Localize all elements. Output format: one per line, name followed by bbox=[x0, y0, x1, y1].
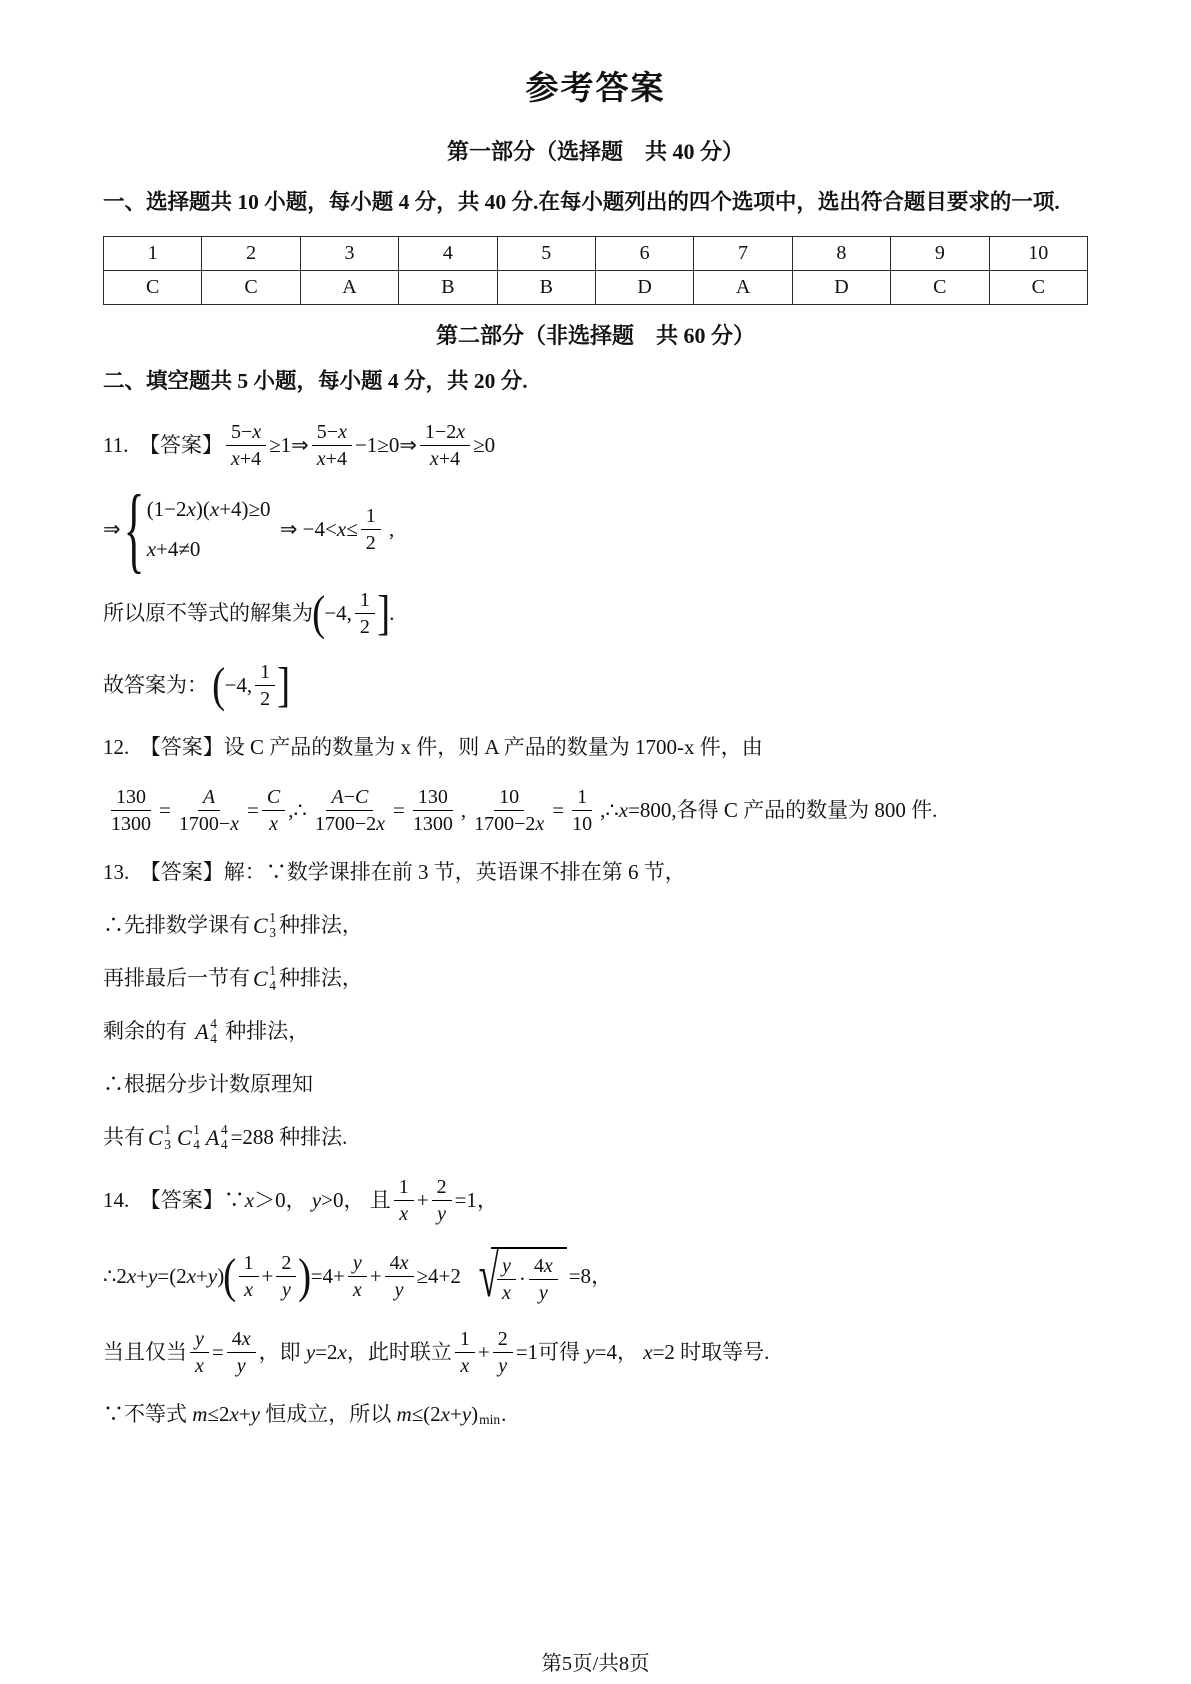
page-footer: 第5页/共8页 bbox=[0, 1646, 1191, 1676]
script-symbol: A44 bbox=[206, 1122, 228, 1154]
numerator: 130 bbox=[413, 785, 453, 811]
text-run: 故答案为： bbox=[103, 670, 213, 700]
math-run: −1≥0⇒ bbox=[355, 430, 417, 460]
math-run: + bbox=[417, 1185, 429, 1215]
numerator: 1 bbox=[355, 588, 375, 614]
math-run: + bbox=[262, 1261, 274, 1291]
script-stack: 44 bbox=[210, 1017, 217, 1045]
radicand: yx·4xy bbox=[491, 1247, 567, 1306]
math-line: 14. 【答案】∵x＞0， y>0， 且1x+2y=1， bbox=[103, 1175, 1088, 1226]
math-run: + bbox=[262, 1261, 274, 1291]
math-run: · bbox=[519, 1264, 526, 1294]
numerator: 4x bbox=[529, 1254, 558, 1280]
text-run: ， bbox=[286, 1185, 312, 1215]
math-run: x bbox=[127, 1261, 136, 1291]
math-run: 2 bbox=[260, 688, 270, 710]
math-run: = bbox=[247, 795, 259, 825]
math-run: 2 bbox=[281, 1252, 291, 1274]
math-run: 2 bbox=[366, 532, 376, 554]
math-run: x bbox=[317, 448, 326, 470]
numerator: 1 bbox=[361, 504, 381, 530]
math-run: 1 bbox=[360, 589, 370, 611]
text-run: ∴根据分步计数原理知 bbox=[103, 1069, 313, 1099]
fraction: 4xy bbox=[529, 1254, 558, 1305]
math-run: = bbox=[247, 795, 259, 825]
fraction: Cx bbox=[262, 785, 285, 836]
numerator: 1 bbox=[455, 1327, 475, 1353]
denominator: 1700−x bbox=[174, 811, 244, 836]
script-stack: 14 bbox=[193, 1123, 200, 1151]
math-run: x bbox=[245, 1185, 254, 1215]
fraction: yx bbox=[348, 1251, 367, 1302]
numerator: 1 bbox=[255, 660, 275, 686]
fraction: 4xy bbox=[385, 1251, 414, 1302]
math-run: ∴2 bbox=[103, 1261, 127, 1291]
answer-cell: D bbox=[595, 271, 693, 305]
answer-cell: 5 bbox=[497, 237, 595, 271]
math-run: + bbox=[136, 1261, 148, 1291]
math-run: 2 bbox=[498, 1328, 508, 1350]
math-run: x bbox=[187, 494, 196, 524]
math-run: =4+ bbox=[311, 1261, 345, 1291]
text-run: ，即 bbox=[259, 1337, 306, 1367]
numerator: 130 bbox=[111, 785, 151, 811]
math-run: x bbox=[502, 1282, 511, 1304]
denominator: 2 bbox=[355, 614, 375, 639]
answer-cell: D bbox=[792, 271, 890, 305]
math-run: ≤(2 bbox=[412, 1399, 441, 1429]
numerator: y bbox=[497, 1254, 516, 1280]
math-run: 1300 bbox=[413, 813, 453, 835]
numerator: 4x bbox=[227, 1327, 256, 1353]
math-line: ∴根据分步计数原理知 bbox=[103, 1069, 1088, 1101]
subscript: 4 bbox=[221, 1138, 228, 1152]
text-run: ， bbox=[591, 1261, 612, 1291]
script-base: A bbox=[195, 1016, 208, 1048]
math-run: y bbox=[148, 1261, 157, 1291]
math-run: 1 bbox=[244, 1252, 254, 1274]
math-run: ⇒ bbox=[103, 514, 121, 544]
big-bracket: ) bbox=[299, 1254, 312, 1297]
math-run: =1 bbox=[516, 1337, 538, 1367]
math-line: ∴先排数学课有C13种排法， bbox=[103, 910, 1088, 942]
fraction: yx bbox=[497, 1254, 516, 1305]
math-run: −1≥0⇒ bbox=[355, 430, 417, 460]
denominator: y bbox=[432, 1201, 451, 1226]
numerator: 2 bbox=[493, 1327, 513, 1353]
denominator: 1300 bbox=[106, 811, 156, 836]
answer-cell: 8 bbox=[792, 237, 890, 271]
math-run: ,∴x=800, bbox=[600, 795, 677, 825]
answer-cell: 1 bbox=[104, 237, 202, 271]
denominator: 10 bbox=[567, 811, 597, 836]
math-run: ≥0 bbox=[473, 430, 495, 460]
math-run: x bbox=[460, 1355, 469, 1377]
text-run: 11. 【答案】 bbox=[103, 430, 223, 460]
math-run: = bbox=[393, 795, 405, 825]
text-run: 种排法. bbox=[274, 1122, 348, 1152]
math-run: 4 bbox=[534, 1255, 544, 1277]
fraction: 2y bbox=[276, 1251, 296, 1302]
denominator: y bbox=[534, 1280, 553, 1305]
math-run: y bbox=[282, 1279, 291, 1301]
math-line: 共有C13C14A44=288 种排法. bbox=[103, 1122, 1088, 1154]
math-run: =4 bbox=[595, 1337, 617, 1367]
script-symbol: C13 bbox=[253, 910, 276, 942]
math-run: = bbox=[552, 795, 564, 825]
math-run: y bbox=[585, 1337, 594, 1367]
math-run: y bbox=[195, 1328, 204, 1350]
math-run: −4, bbox=[324, 598, 352, 628]
cases-rows: (1−2x)(x+4)≥0x+4≠0 bbox=[147, 494, 271, 564]
case-row: x+4≠0 bbox=[147, 534, 271, 564]
math-run: x bbox=[244, 1279, 253, 1301]
denominator: y bbox=[493, 1353, 512, 1378]
math-run: =288 bbox=[231, 1122, 274, 1152]
math-run: ⇒ −4< bbox=[275, 514, 337, 544]
math-run: . bbox=[501, 1399, 506, 1429]
math-run: 5− bbox=[317, 421, 338, 443]
math-run: x bbox=[337, 514, 346, 544]
math-run: m bbox=[192, 1399, 207, 1429]
math-run: 1−2 bbox=[425, 421, 456, 443]
answer-row: CCABBDADCC bbox=[104, 271, 1088, 305]
answer-cell: 7 bbox=[694, 237, 792, 271]
denominator: 1700−2x bbox=[469, 811, 549, 836]
numerator: A bbox=[198, 785, 220, 811]
math-run: x bbox=[147, 534, 156, 564]
math-run: x bbox=[231, 448, 240, 470]
math-run: ≥1⇒ bbox=[269, 430, 309, 460]
subscript: 4 bbox=[269, 979, 276, 993]
math-run: + bbox=[478, 1337, 490, 1367]
math-line: ∴2x+y=(2x+y)(1x+2y)=4+yx+4xy≥4+2√yx·4xy=… bbox=[103, 1247, 1088, 1306]
math-run: 10 bbox=[499, 786, 519, 808]
math-line: 13. 【答案】解：∵数学课排在前 3 节，英语课不排在第 6 节， bbox=[103, 857, 1088, 889]
math-run: =8 bbox=[569, 1261, 591, 1291]
math-run: ⇒ bbox=[103, 514, 121, 544]
text-run: 种排法， bbox=[220, 1016, 309, 1046]
math-run: +4)≥0 bbox=[219, 494, 270, 524]
math-run: x bbox=[338, 1337, 347, 1367]
subscript: 4 bbox=[210, 1032, 217, 1046]
superscript: 4 bbox=[221, 1123, 228, 1137]
math-run: 2 bbox=[437, 1176, 447, 1198]
answer-cell: 4 bbox=[399, 237, 497, 271]
text-run: ， bbox=[617, 1337, 643, 1367]
math-line: 12. 【答案】设 C 产品的数量为 x 件，则 A 产品的数量为 1700-x… bbox=[103, 732, 1088, 764]
math-run: C bbox=[355, 786, 368, 808]
answer-cell: 3 bbox=[300, 237, 398, 271]
document-page: 参考答案 第一部分（选择题 共 40 分） 一、选择题共 10 小题，每小题 4… bbox=[0, 0, 1191, 1684]
math-run: + bbox=[370, 1261, 382, 1291]
text-run: 所以原不等式的解集为 bbox=[103, 598, 313, 628]
math-run: ≤2 bbox=[207, 1399, 229, 1429]
math-run: ) bbox=[471, 1399, 478, 1429]
math-run: 1300 bbox=[111, 813, 151, 835]
numerator: y bbox=[190, 1327, 209, 1353]
subscript: 4 bbox=[193, 1138, 200, 1152]
math-line: ∵不等式 m≤2x+y 恒成立，所以 m≤(2x+y)min. bbox=[103, 1399, 1088, 1431]
numerator: 10 bbox=[494, 785, 524, 811]
math-run: , bbox=[384, 514, 395, 544]
math-run: = bbox=[159, 795, 171, 825]
script-symbol: A44 bbox=[195, 1016, 217, 1048]
math-run: x bbox=[338, 421, 347, 443]
math-run: ⇒ −4<x≤ bbox=[275, 514, 358, 544]
big-bracket: ] bbox=[377, 591, 390, 634]
math-run: , bbox=[461, 795, 466, 825]
script-symbol: C13 bbox=[148, 1122, 171, 1154]
numerator: 1 bbox=[572, 785, 592, 811]
math-run: 5− bbox=[231, 421, 252, 443]
fraction: 12 bbox=[355, 588, 375, 639]
math-run: −4, bbox=[225, 670, 253, 700]
math-line: 11. 【答案】5−xx+4≥1⇒5−xx+4−1≥0⇒1−2xx+4≥0 bbox=[103, 420, 1088, 471]
text-run: ∵不等式 bbox=[103, 1399, 192, 1429]
math-run: x bbox=[210, 494, 219, 524]
page-title: 参考答案 bbox=[103, 62, 1088, 109]
math-run: =800, bbox=[628, 795, 677, 825]
math-run: x bbox=[430, 448, 439, 470]
script-base: A bbox=[206, 1122, 219, 1154]
denominator: x bbox=[190, 1353, 209, 1378]
math-run: 130 bbox=[116, 786, 146, 808]
text-run: 14. 【答案】∵ bbox=[103, 1185, 245, 1215]
math-run: = bbox=[393, 795, 405, 825]
number-row: 12345678910 bbox=[104, 237, 1088, 271]
text-run: 共有 bbox=[103, 1122, 145, 1152]
math-run: , bbox=[384, 514, 395, 544]
math-run: 10 bbox=[572, 813, 592, 835]
math-run: ≥4+2 bbox=[417, 1261, 461, 1291]
math-run: y bbox=[502, 1255, 511, 1277]
answer-table-body: 12345678910CCABBDADCC bbox=[104, 237, 1088, 305]
radical-icon: √ bbox=[479, 1247, 499, 1306]
math-run: =2 bbox=[653, 1337, 675, 1367]
math-run: x bbox=[456, 421, 465, 443]
math-line: 1301300=A1700−x=Cx,∴A−C1700−2x=1301300,1… bbox=[103, 785, 1088, 836]
math-run: y bbox=[539, 1282, 548, 1304]
problem-11: 11. 【答案】5−xx+4≥1⇒5−xx+4−1≥0⇒1−2xx+4≥0⇒{(… bbox=[103, 420, 1088, 711]
superscript: 4 bbox=[210, 1017, 217, 1031]
fraction: 1−2xx+4 bbox=[420, 420, 470, 471]
fraction: 1301300 bbox=[408, 785, 458, 836]
part2-heading: 第二部分（非选择题 共 60 分） bbox=[103, 319, 1088, 350]
script-stack: 13 bbox=[269, 911, 276, 939]
denominator: x bbox=[455, 1353, 474, 1378]
fraction: 5−xx+4 bbox=[312, 420, 352, 471]
math-run: y bbox=[437, 1203, 446, 1225]
math-run: m≤(2x+y) bbox=[396, 1399, 478, 1429]
script-stack: 44 bbox=[221, 1123, 228, 1151]
math-run: =(2 bbox=[157, 1261, 186, 1291]
text-run: 可得 bbox=[538, 1337, 585, 1367]
numerator: 1 bbox=[239, 1251, 259, 1277]
answer-cell: C bbox=[104, 271, 202, 305]
math-run: +4 bbox=[439, 448, 460, 470]
fraction: A−C1700−2x bbox=[310, 785, 390, 836]
math-run: 130 bbox=[418, 786, 448, 808]
fraction: 101700−2x bbox=[469, 785, 549, 836]
fraction: yx bbox=[190, 1327, 209, 1378]
math-run: =8 bbox=[569, 1261, 591, 1291]
answer-cell: A bbox=[694, 271, 792, 305]
left-brace-icon: { bbox=[123, 492, 144, 567]
math-run: y=4 bbox=[585, 1337, 617, 1367]
math-run: 1 bbox=[577, 786, 587, 808]
text-run: ， 且 bbox=[344, 1185, 391, 1215]
text-run: 各得 C 产品的数量为 800 件. bbox=[677, 795, 938, 825]
answer-cell: 9 bbox=[891, 237, 989, 271]
math-run: x bbox=[535, 813, 544, 835]
math-run: y=2x bbox=[306, 1337, 347, 1367]
math-run: ∴2x+y=(2x+y) bbox=[103, 1261, 224, 1291]
denominator: 1300 bbox=[408, 811, 458, 836]
answer-table: 12345678910CCABBDADCC bbox=[103, 236, 1088, 305]
numerator: 5−x bbox=[312, 420, 352, 446]
numerator: y bbox=[348, 1251, 367, 1277]
math-run: 1700−2 bbox=[315, 813, 376, 835]
math-run: 1700−2 bbox=[474, 813, 535, 835]
math-run: y bbox=[208, 1261, 217, 1291]
case-row: (1−2x)(x+4)≥0 bbox=[147, 494, 271, 524]
math-run: ≥4+2 bbox=[417, 1261, 461, 1291]
script-base: C bbox=[148, 1122, 163, 1154]
math-run: x bbox=[187, 1261, 196, 1291]
fraction: 1x bbox=[239, 1251, 259, 1302]
part1-heading: 第一部分（选择题 共 40 分） bbox=[103, 135, 1088, 166]
script-stack: 14 bbox=[269, 964, 276, 992]
fraction: 2y bbox=[493, 1327, 513, 1378]
math-run: · bbox=[519, 1264, 526, 1294]
answer-cell: A bbox=[300, 271, 398, 305]
math-run: ,∴ bbox=[600, 795, 619, 825]
script-symbol: C14 bbox=[253, 963, 276, 995]
math-run: =4+ bbox=[311, 1261, 345, 1291]
math-run: . bbox=[501, 1399, 506, 1429]
text-run: 再排最后一节有 bbox=[103, 963, 250, 993]
big-bracket: ( bbox=[312, 591, 325, 634]
math-run: +4 bbox=[240, 448, 261, 470]
math-run: y bbox=[395, 1279, 404, 1301]
math-line: 所以原不等式的解集为(−4,12]. bbox=[103, 588, 1088, 639]
fraction: 4xy bbox=[227, 1327, 256, 1378]
math-run: x bbox=[252, 421, 261, 443]
big-bracket: ( bbox=[223, 1254, 236, 1297]
denominator: 2 bbox=[361, 530, 381, 555]
math-run: 2 bbox=[360, 616, 370, 638]
denominator: x bbox=[348, 1277, 367, 1302]
denominator: y bbox=[232, 1353, 251, 1378]
math-run: −4, bbox=[324, 598, 352, 628]
answer-cell: C bbox=[891, 271, 989, 305]
math-run: = bbox=[159, 795, 171, 825]
math-run: x bbox=[376, 813, 385, 835]
denominator: x bbox=[239, 1277, 258, 1302]
math-run: − bbox=[344, 786, 355, 808]
math-run: x bbox=[399, 1203, 408, 1225]
fraction: A1700−x bbox=[174, 785, 244, 836]
math-run: +4≠0 bbox=[156, 534, 200, 564]
math-run: )( bbox=[196, 494, 210, 524]
math-run: y bbox=[462, 1399, 471, 1429]
denominator: x+4 bbox=[425, 446, 465, 471]
math-run: y bbox=[306, 1337, 315, 1367]
denominator: y bbox=[277, 1277, 296, 1302]
problems-section: 11. 【答案】5−xx+4≥1⇒5−xx+4−1≥0⇒1−2xx+4≥0⇒{(… bbox=[103, 420, 1088, 1431]
math-run: y bbox=[498, 1355, 507, 1377]
math-run: 1 bbox=[366, 505, 376, 527]
math-run: 4 bbox=[390, 1252, 400, 1274]
answer-cell: B bbox=[399, 271, 497, 305]
text-run: ∴先排数学课有 bbox=[103, 910, 250, 940]
math-run: (1−2 bbox=[147, 494, 187, 524]
math-run: >0 bbox=[321, 1185, 343, 1215]
superscript: 1 bbox=[164, 1123, 171, 1137]
math-run: + bbox=[370, 1261, 382, 1291]
script-base: C bbox=[253, 963, 268, 995]
script-stack: 13 bbox=[164, 1123, 171, 1151]
math-run: ≥1⇒ bbox=[269, 430, 309, 460]
text-run: 13. 【答案】解：∵数学课排在前 3 节，英语课不排在第 6 节， bbox=[103, 857, 686, 887]
math-run: = bbox=[552, 795, 564, 825]
answer-cell: C bbox=[989, 271, 1087, 305]
math-run: ＞0 bbox=[254, 1185, 286, 1215]
problem-14: 14. 【答案】∵x＞0， y>0， 且1x+2y=1，∴2x+y=(2x+y)… bbox=[103, 1175, 1088, 1431]
text-run: 种排法， bbox=[279, 910, 363, 940]
math-run: + bbox=[450, 1399, 462, 1429]
math-run: x＞0 bbox=[245, 1185, 286, 1215]
numerator: 5−x bbox=[226, 420, 266, 446]
math-line: 剩余的有 A44 种排法， bbox=[103, 1016, 1088, 1048]
math-run: x bbox=[544, 1255, 553, 1277]
answer-cell: 10 bbox=[989, 237, 1087, 271]
math-run: x bbox=[643, 1337, 652, 1367]
problem-12: 12. 【答案】设 C 产品的数量为 x 件，则 A 产品的数量为 1700-x… bbox=[103, 732, 1088, 836]
text-run: ，此时联立 bbox=[347, 1337, 452, 1367]
big-bracket: ( bbox=[212, 663, 225, 706]
math-run: C bbox=[267, 786, 280, 808]
numerator: 4x bbox=[385, 1251, 414, 1277]
math-run: x bbox=[400, 1252, 409, 1274]
math-run: x=2 bbox=[643, 1337, 675, 1367]
math-run: =1 bbox=[516, 1337, 538, 1367]
sqrt-group: √yx·4xy bbox=[465, 1247, 567, 1306]
denominator: y bbox=[390, 1277, 409, 1302]
script-base: C bbox=[253, 910, 268, 942]
fraction: 2y bbox=[432, 1175, 452, 1226]
math-run: y bbox=[312, 1185, 321, 1215]
math-run: =1 bbox=[455, 1185, 477, 1215]
subscript-label: min bbox=[479, 1410, 500, 1430]
subscript: 3 bbox=[269, 926, 276, 940]
math-run: x bbox=[619, 795, 628, 825]
text-run: 12. 【答案】设 C 产品的数量为 x 件，则 A 产品的数量为 1700-x… bbox=[103, 732, 763, 762]
numerator: 2 bbox=[432, 1175, 452, 1201]
fraction: 1x bbox=[394, 1175, 414, 1226]
math-run: , bbox=[461, 795, 466, 825]
part2-instruction: 二、填空题共 5 小题，每小题 4 分，共 20 分. bbox=[103, 364, 1088, 398]
math-run: 1 bbox=[460, 1328, 470, 1350]
math-run: ,∴ bbox=[288, 795, 307, 825]
math-run: 4 bbox=[232, 1328, 242, 1350]
text-run: 时取等号. bbox=[675, 1337, 770, 1367]
superscript: 1 bbox=[193, 1123, 200, 1137]
math-run: x bbox=[230, 813, 239, 835]
cases-group: {(1−2x)(x+4)≥0x+4≠0 bbox=[125, 492, 271, 567]
denominator: 2 bbox=[255, 686, 275, 711]
